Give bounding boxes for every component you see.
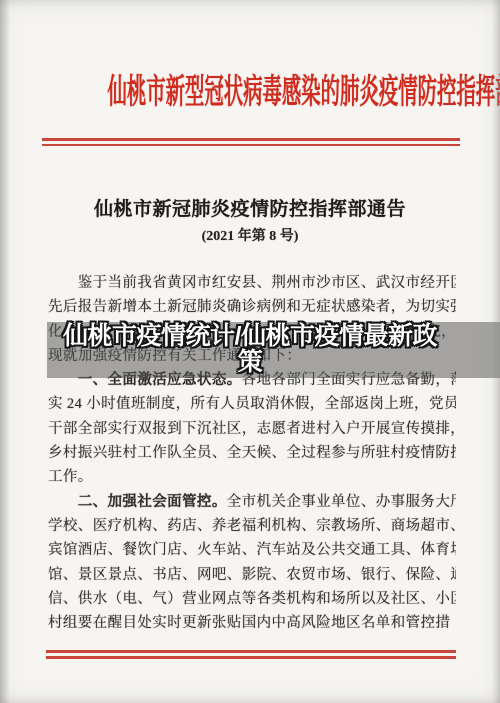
notice-line: 先后报告新增本土新冠肺炎确诊病例和无症状感染者，为切实强	[48, 295, 456, 319]
notice-line: 馆、景区景点、书店、网吧、影院、农贸市场、银行、保险、通	[48, 563, 456, 587]
notice-issue-number: (2021 年第 8 号)	[0, 227, 500, 247]
notice-line: 宾馆酒店、餐饮门店、火车站、汽车站及公共交通工具、体育场	[48, 538, 456, 562]
footer-double-rule	[46, 650, 456, 659]
notice-line: 鉴于当前我省黄冈市红安县、荆州市沙市区、武汉市经开区	[48, 271, 456, 295]
notice-line: 干部全部实行双报到下沉社区，志愿者进村入户开展宣传摸排，	[48, 417, 456, 441]
notice-title: 仙桃市新冠肺炎疫情防控指挥部通告	[0, 196, 500, 223]
notice-line-section-2: 二、加强社会面管控。全市机关企事业单位、办事服务大厅、	[48, 490, 456, 514]
header-org-title: 仙桃市新型冠状病毒感染的肺炎疫情防控指挥部	[108, 72, 393, 114]
overlay-caption-line1: 仙桃市疫情统计/仙桃市疫情最新政	[0, 323, 500, 349]
overlay-caption: 仙桃市疫情统计/仙桃市疫情最新政 策	[0, 323, 500, 375]
header-double-rule	[42, 138, 460, 146]
notice-line: 信、供水（电、气）营业网点等各类机构和场所以及社区、小区、	[48, 587, 456, 611]
overlay-caption-line2: 策	[0, 349, 500, 375]
notice-line: 实 24 小时值班制度，所有人员取消休假，全部返岗上班，党员	[48, 392, 456, 416]
notice-line: 乡村振兴驻村工作队全员、全天候、全过程参与所驻村疫情防控	[48, 441, 456, 465]
document-photo: 仙桃市新型冠状病毒感染的肺炎疫情防控指挥部 仙桃市新冠肺炎疫情防控指挥部通告 (…	[0, 0, 500, 703]
notice-line: 工作。	[48, 465, 456, 489]
notice-line: 学校、医疗机构、药店、养老福利机构、宗教场所、商场超市、	[48, 514, 456, 538]
notice-line: 村组要在醒目处实时更新张贴国内中高风险地区名单和管控措	[48, 611, 456, 635]
